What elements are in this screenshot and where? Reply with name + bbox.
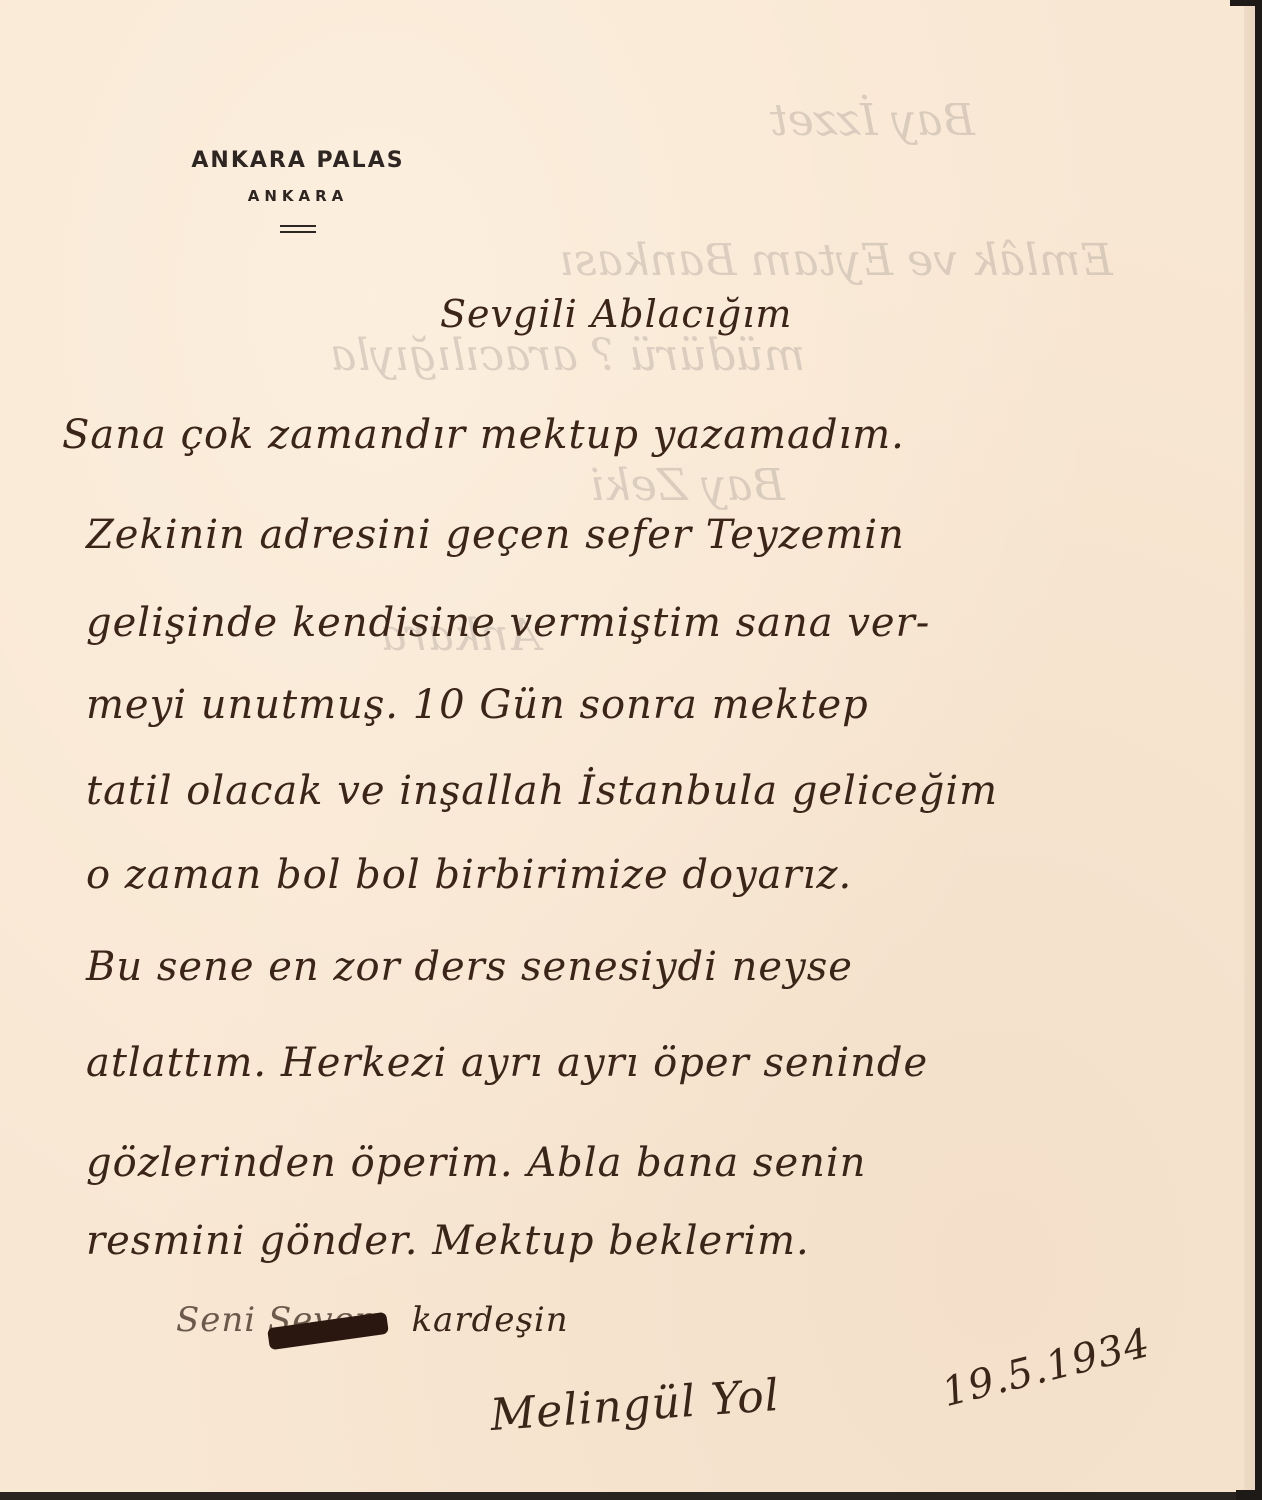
letter-date: 19.5.1934 [938,1320,1155,1416]
letter-line: tatil olacak ve inşallah İstanbula gelic… [86,768,998,814]
letter-line: Sana çok zamandır mektup yazamadım. [62,412,905,458]
page-edge-corner-top [1230,0,1262,6]
bleed-through-line: Bay Zeki [590,460,785,511]
bleed-through-line: Emlâk ve Eytam Bankası [560,235,1113,286]
closing-suffix: kardeşin [411,1300,568,1340]
letter-sheet: ANKARA PALAS ANKARA Bay İzzet Emlâk ve E… [0,0,1244,1492]
letterhead-hotel-name: ANKARA PALAS [138,148,458,173]
letterhead-double-rule [280,225,316,233]
letterhead: ANKARA PALAS ANKARA [138,148,458,233]
letter-line: resmini gönder. Mektup beklerim. [86,1218,810,1264]
signature: Melingül Yol [489,1370,782,1441]
page-edge-corner-bottom [1236,1490,1262,1500]
letterhead-city: ANKARA [138,187,458,205]
letter-closing: Seni Seven kardeşin [176,1300,569,1340]
bleed-through-line: müdürü ? aracılığıyla [330,330,805,381]
letter-line: Bu sene en zor ders senesiydi neyse [86,944,853,990]
bleed-through-line: Bay İzzet [770,95,975,146]
letter-salutation: Sevgili Ablacığım [440,292,792,336]
letter-line: atlattım. Herkezi ayrı ayrı öper seninde [86,1040,928,1086]
closing-struck-word: Seven [268,1300,378,1340]
letter-line: o zaman bol bol birbirimize doyarız. [86,852,852,898]
letter-line: gözlerinden öperim. Abla bana senin [86,1140,866,1186]
letter-line: Zekinin adresini geçen sefer Teyzemin [86,512,905,558]
page-edge-right [1244,6,1262,1500]
closing-prefix: Seni [176,1300,256,1340]
letter-line: gelişinde kendisine vermiştim sana ver- [86,600,930,646]
letter-line: meyi unutmuş. 10 Gün sonra mektep [86,682,869,728]
